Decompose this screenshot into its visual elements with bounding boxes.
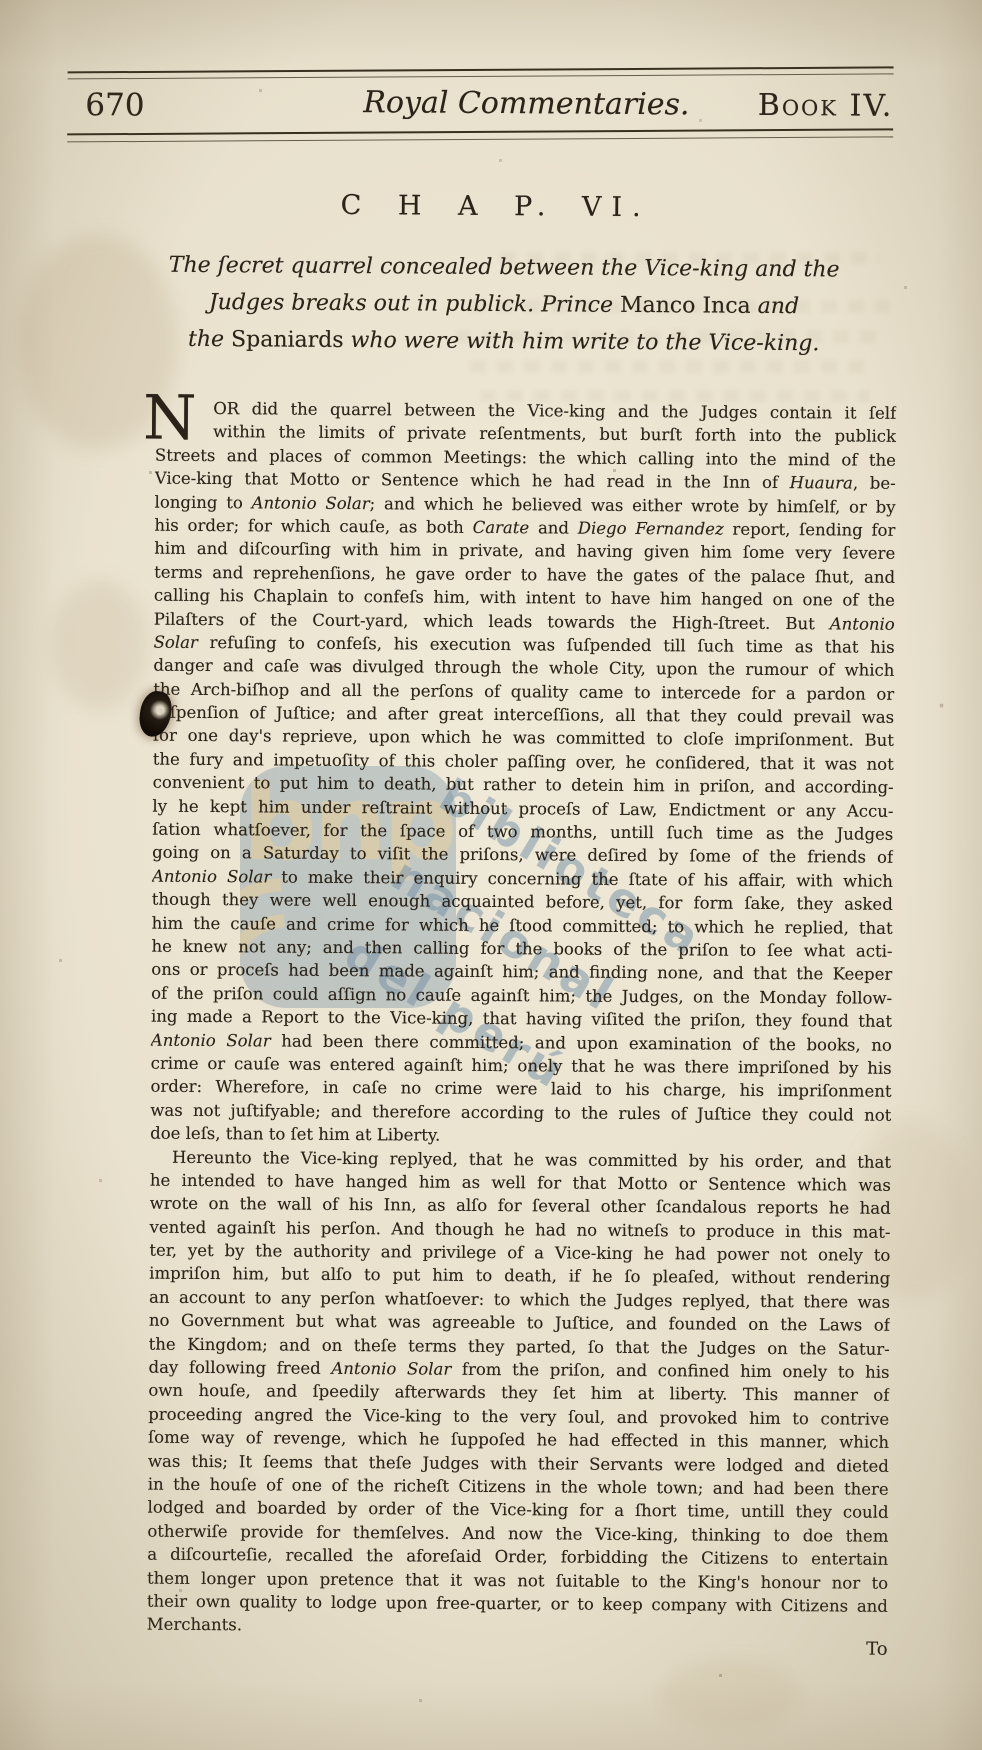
header-rule-top [68,66,894,79]
paper-specks [0,0,1,1]
argument-line: the Spaniards who were with him write to… [122,320,886,362]
chapter-argument: The ſecret quarrel concealed between the… [122,246,887,362]
argument-segment: Manco Inca [620,293,751,319]
argument-segment: the [188,327,231,352]
argument-line: Judges breaks out in publick. Prince Man… [122,283,886,325]
running-title: Royal Commentaries. [363,85,689,122]
chapter-heading: C H A P. VI. [5,188,982,226]
argument-line: The ſecret quarrel concealed between the… [122,246,886,288]
argument-segment: and [751,294,800,319]
book-page: bnp bibliotecanacionaldel perú 670 Royal… [0,0,982,1750]
drop-cap: N [143,394,197,444]
printed-content: 670 Royal Commentaries. Book IV. C H A P… [0,0,982,1750]
book-label: Book IV. [758,88,894,124]
catchword: To [147,1634,900,1660]
body-text: N OR did the quarrel between the Vice-ki… [147,397,897,1642]
page-header: 670 Royal Commentaries. Book IV. [67,81,893,133]
header-rule-bottom [67,128,893,142]
page-number: 670 [85,87,144,123]
argument-segment: The ſecret quarrel concealed between the… [169,253,840,283]
argument-segment: who were with him write to the Vice-king… [343,328,819,356]
argument-segment: Judges breaks out in publick. Prince [209,290,620,318]
argument-segment: Spaniards [231,327,344,353]
